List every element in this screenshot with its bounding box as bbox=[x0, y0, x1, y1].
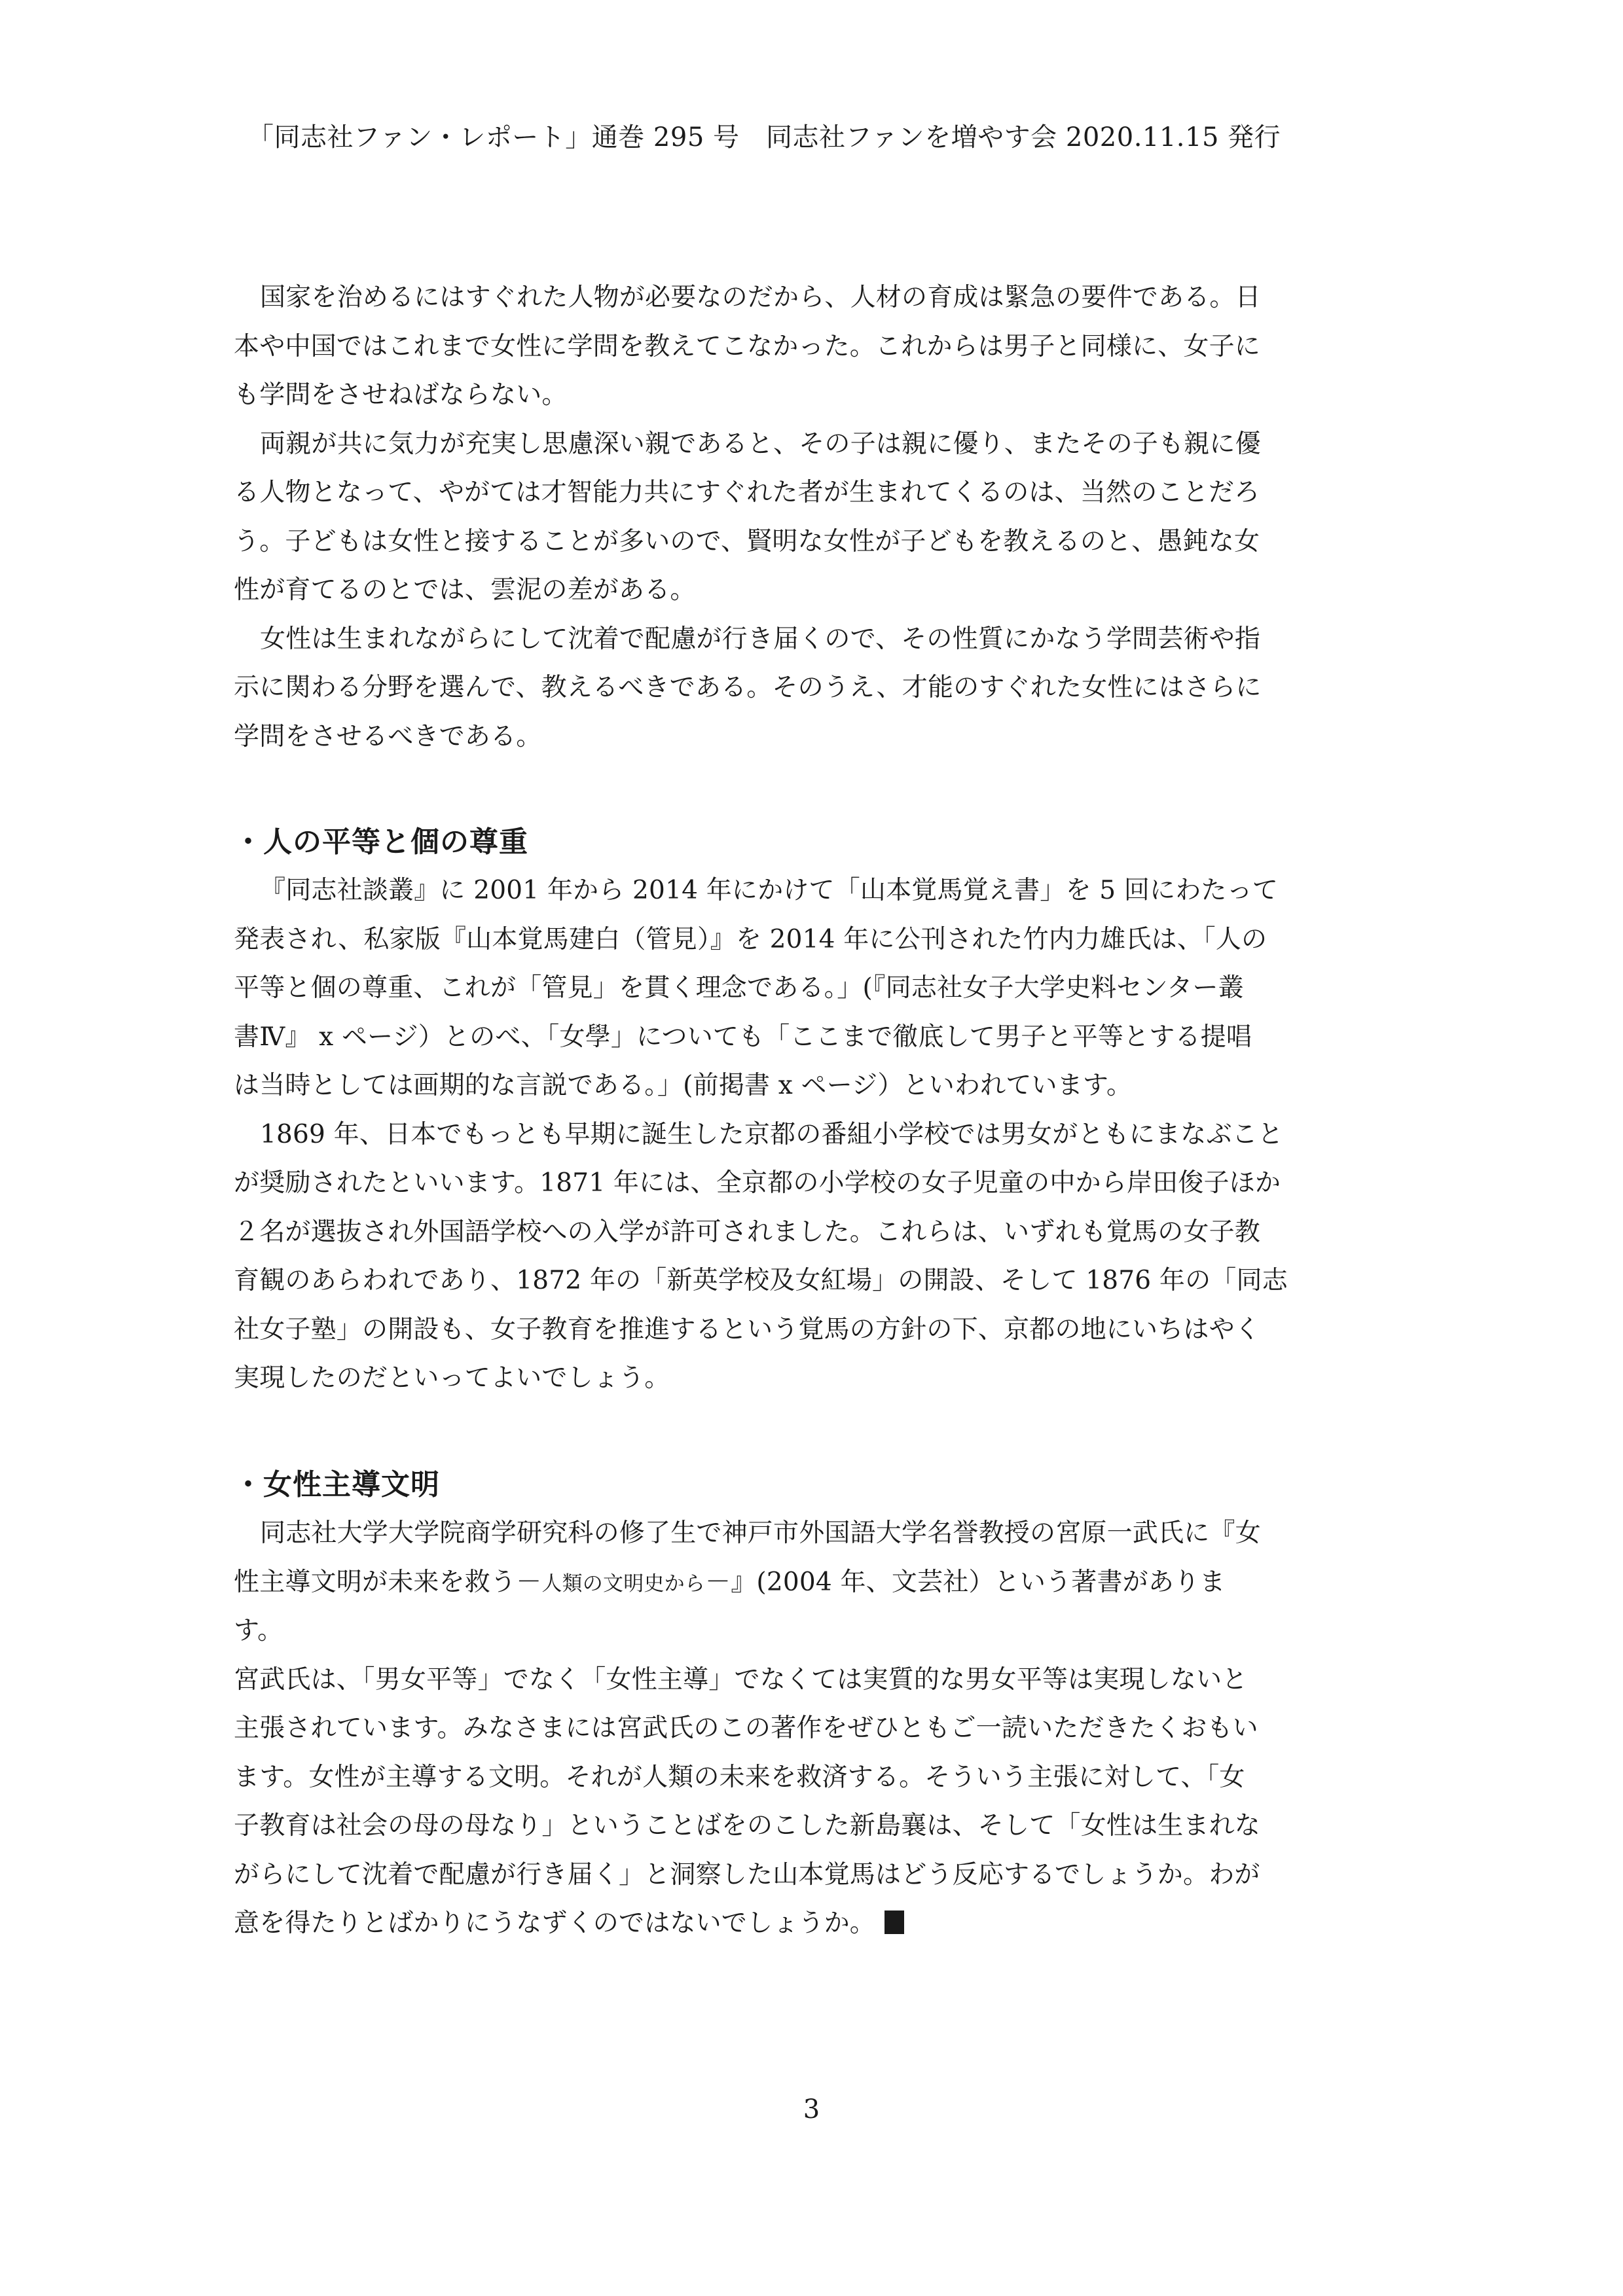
text-run: 意を得たりとばかりにうなずくのではないでしょうか。 bbox=[234, 1909, 875, 1938]
text-line: 学問をさせるべきである。 bbox=[234, 713, 1389, 762]
paragraph: 『同志社談叢』に 2001 年から 2014 年にかけて「山本覚馬覚え書」を 5… bbox=[234, 867, 1389, 1111]
paragraph: 両親が共に気力が充実し思慮深い親であると、その子は親に優り、またその子も親に優 … bbox=[234, 420, 1389, 615]
text-line: 『同志社談叢』に 2001 年から 2014 年にかけて「山本覚馬覚え書」を 5… bbox=[234, 867, 1389, 916]
section-equality: ・人の平等と個の尊重 『同志社談叢』に 2001 年から 2014 年にかけて「… bbox=[234, 818, 1389, 1403]
text-line: 女性は生まれながらにして沈着で配慮が行き届くので、その性質にかなう学問芸術や指 bbox=[234, 615, 1389, 664]
text-line: 示に関わる分野を選んで、教えるべきである。そのうえ、才能のすぐれた女性にはさらに bbox=[234, 664, 1389, 713]
text-run: 性主導文明が未来を救う－ bbox=[234, 1568, 541, 1597]
text-line: 発表され、私家版『山本覚馬建白（管見）』を 2014 年に公刊された竹内力雄氏は… bbox=[234, 916, 1389, 965]
paragraph: 宮武氏は、「男女平等」でなく「女性主導」でなくては実質的な男女平等は実現しないと… bbox=[234, 1656, 1389, 1948]
text-line: う。子どもは女性と接することが多いので、賢明な女性が子どもを教えるのと、愚鈍な女 bbox=[234, 518, 1389, 567]
text-line: 本や中国ではこれまで女性に学問を教えてこなかった。これからは男子と同様に、女子に bbox=[234, 323, 1389, 372]
text-line: ます。女性が主導する文明。それが人類の未来を救済する。そういう主張に対して、「女 bbox=[234, 1753, 1389, 1803]
page-number: 3 bbox=[0, 2091, 1623, 2128]
section-heading: ・女性主導文明 bbox=[234, 1461, 1389, 1509]
text-line: 社女子塾」の開設も、女子教育を推進するという覚馬の方針の下、京都の地にいちはやく bbox=[234, 1306, 1389, 1355]
text-line: 性が育てるのとでは、雲泥の差がある。 bbox=[234, 566, 1389, 615]
section-female-led-civilization: ・女性主導文明 同志社大学大学院商学研究科の修了生で神戸市外国語大学名誉教授の宮… bbox=[234, 1461, 1389, 1948]
book-subtitle: 人類の文明史から bbox=[541, 1572, 705, 1596]
text-line: ２名が選抜され外国語学校への入学が許可されました。これらは、いずれも覚馬の女子教 bbox=[234, 1208, 1389, 1257]
text-line: 書Ⅳ』 x ページ）とのべ、「女學」についても「ここまで徹底して男子と平等とする… bbox=[234, 1013, 1389, 1062]
text-line: 実現したのだといってよいでしょう。 bbox=[234, 1354, 1389, 1403]
section-heading: ・人の平等と個の尊重 bbox=[234, 818, 1389, 867]
text-line: 主張されています。みなさまには宮武氏のこの著作をぜひともご一読いただきたくおもい bbox=[234, 1704, 1389, 1753]
text-line: 国家を治めるにはすぐれた人物が必要なのだから、人材の育成は緊急の要件である。日 bbox=[234, 274, 1389, 323]
text-line: す。 bbox=[234, 1607, 1389, 1656]
text-line: がらにして沈着で配慮が行き届く」と洞察した山本覚馬はどう反応するでしょうか。わが bbox=[234, 1851, 1389, 1900]
end-mark-square-icon bbox=[884, 1910, 904, 1934]
text-line: 育観のあらわれであり、1872 年の「新英学校及女紅場」の開設、そして 1876… bbox=[234, 1257, 1389, 1306]
intro-section: 国家を治めるにはすぐれた人物が必要なのだから、人材の育成は緊急の要件である。日 … bbox=[234, 274, 1389, 761]
text-line: る人物となって、やがては才智能力共にすぐれた者が生まれてくるのは、当然のことだろ bbox=[234, 469, 1389, 518]
text-line: 性主導文明が未来を救う－人類の文明史から－』(2004 年、文芸社）という著書が… bbox=[234, 1558, 1389, 1607]
text-run: －』(2004 年、文芸社）という著書がありま bbox=[705, 1568, 1225, 1597]
text-line: 意を得たりとばかりにうなずくのではないでしょうか。 bbox=[234, 1899, 1389, 1948]
text-line: 同志社大学大学院商学研究科の修了生で神戸市外国語大学名誉教授の宮原一武氏に『女 bbox=[234, 1509, 1389, 1558]
text-line: も学問をさせねばならない。 bbox=[234, 371, 1389, 420]
text-line: 宮武氏は、「男女平等」でなく「女性主導」でなくては実質的な男女平等は実現しないと bbox=[234, 1656, 1389, 1705]
text-line: が奨励されたといいます。1871 年には、全京都の小学校の女子児童の中から岸田俊… bbox=[234, 1159, 1389, 1208]
text-line: 平等と個の尊重、これが「管見」を貫く理念である。」(『同志社女子大学史料センター… bbox=[234, 964, 1389, 1013]
text-line: 子教育は社会の母の母なり」ということばをのこした新島襄は、そして「女性は生まれな bbox=[234, 1802, 1389, 1851]
paragraph: 国家を治めるにはすぐれた人物が必要なのだから、人材の育成は緊急の要件である。日 … bbox=[234, 274, 1389, 420]
paragraph: 女性は生まれながらにして沈着で配慮が行き届くので、その性質にかなう学問芸術や指 … bbox=[234, 615, 1389, 762]
paragraph: 1869 年、日本でもっとも早期に誕生した京都の番組小学校では男女がともにまなぶ… bbox=[234, 1111, 1389, 1403]
text-line: 両親が共に気力が充実し思慮深い親であると、その子は親に優り、またその子も親に優 bbox=[234, 420, 1389, 469]
page-header: 「同志社ファン・レポート」通巻 295 号 同志社ファンを増やす会 2020.1… bbox=[247, 118, 1281, 157]
text-line: 1869 年、日本でもっとも早期に誕生した京都の番組小学校では男女がともにまなぶ… bbox=[234, 1111, 1389, 1160]
paragraph: 同志社大学大学院商学研究科の修了生で神戸市外国語大学名誉教授の宮原一武氏に『女 … bbox=[234, 1509, 1389, 1656]
text-line: は当時としては画期的な言説である。」(前掲書 x ページ）といわれています。 bbox=[234, 1062, 1389, 1111]
